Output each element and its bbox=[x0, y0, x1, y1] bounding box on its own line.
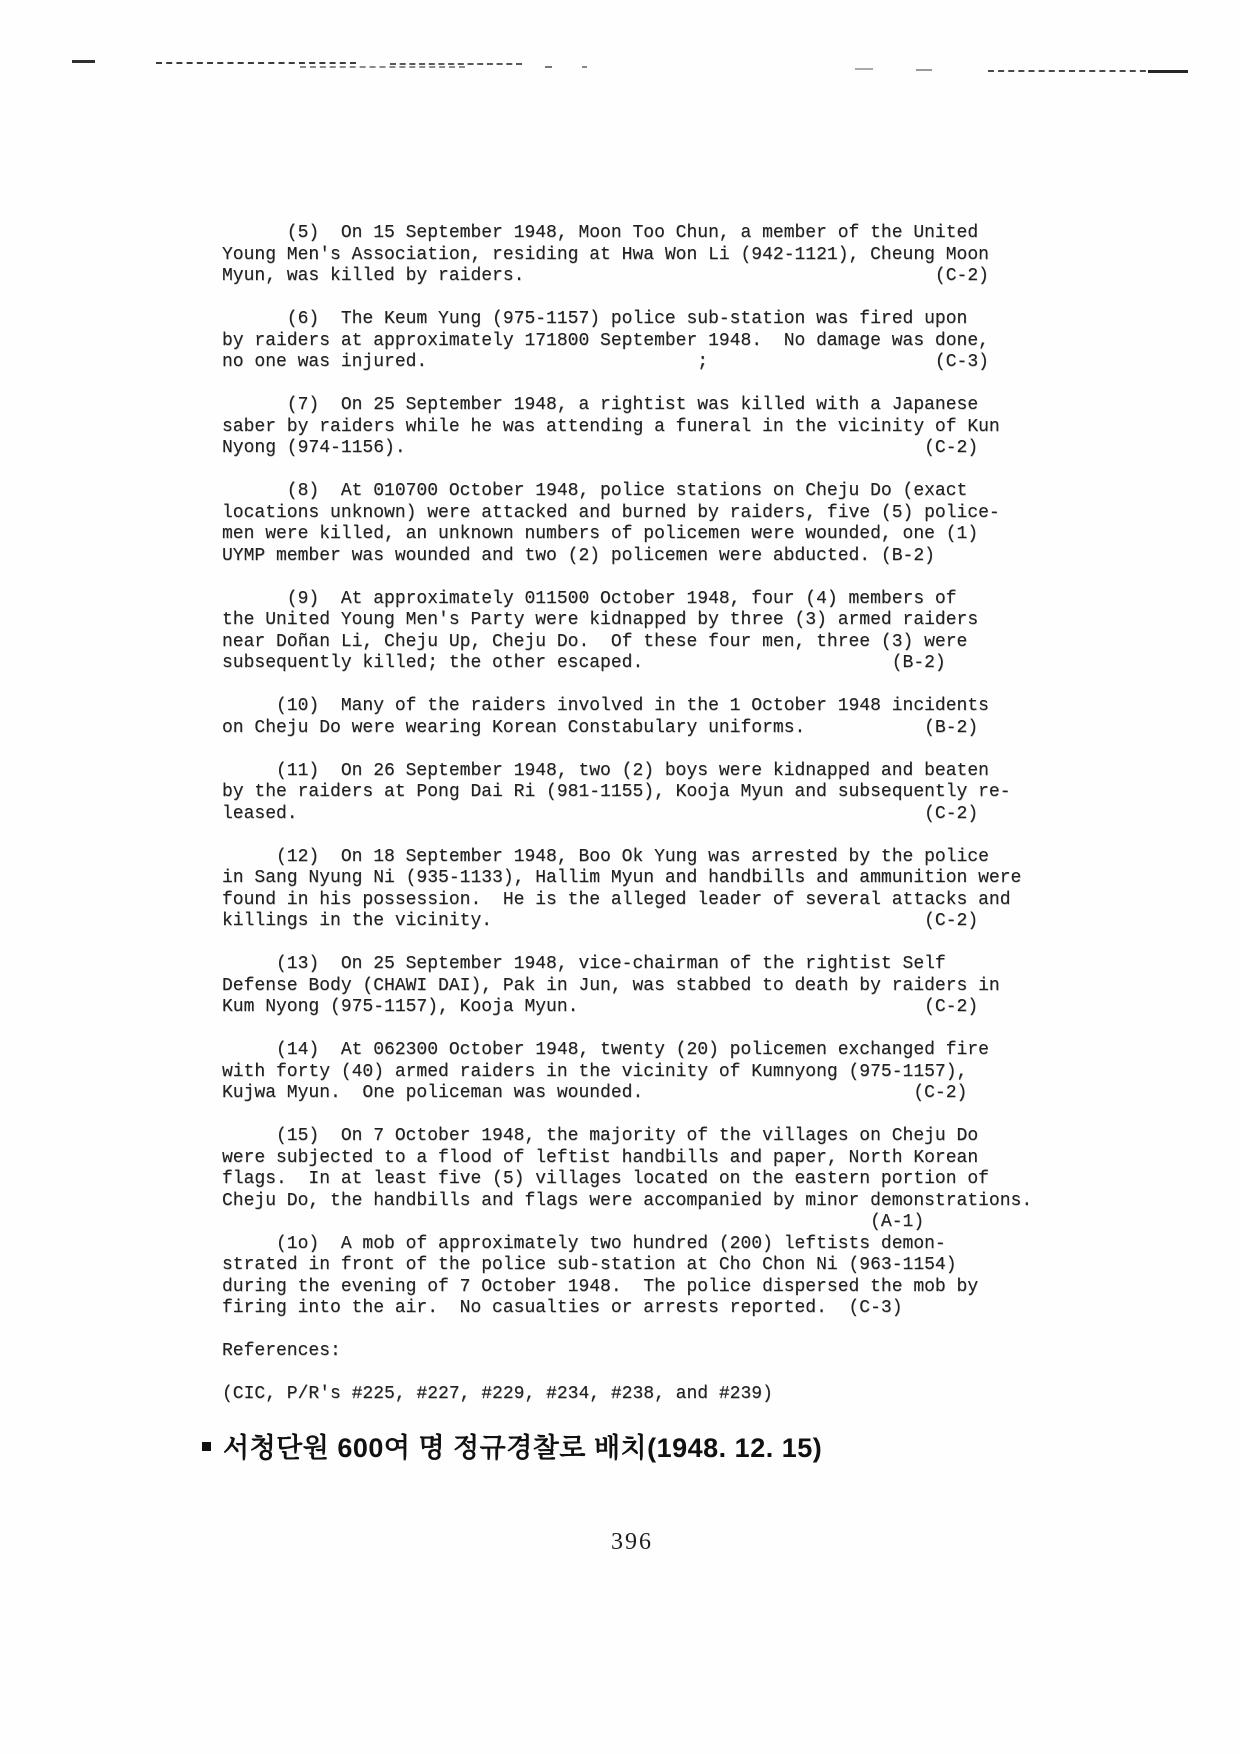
report-paragraph: (5) On 15 September 1948, Moon Too Chun,… bbox=[222, 223, 1082, 288]
scanned-document-page: (5) On 15 September 1948, Moon Too Chun,… bbox=[0, 0, 1240, 1754]
text-line: (15) On 7 October 1948, the majority of … bbox=[222, 1126, 1082, 1148]
text-line: found in his possession. He is the alleg… bbox=[222, 890, 1082, 912]
scan-artifact-line bbox=[988, 70, 1156, 72]
text-line: leased. (C-2) bbox=[222, 804, 1082, 826]
report-paragraph: (1o) A mob of approximately two hundred … bbox=[222, 1234, 1082, 1320]
scan-artifact-line bbox=[582, 66, 587, 68]
report-paragraph: (10) Many of the raiders involved in the… bbox=[222, 696, 1082, 739]
text-line: (14) At 062300 October 1948, twenty (20)… bbox=[222, 1040, 1082, 1062]
text-line: Defense Body (CHAWI DAI), Pak in Jun, wa… bbox=[222, 976, 1082, 998]
text-line: men were killed, an unknown numbers of p… bbox=[222, 524, 1082, 546]
text-line: (5) On 15 September 1948, Moon Too Chun,… bbox=[222, 223, 1082, 245]
report-paragraph: (12) On 18 September 1948, Boo Ok Yung w… bbox=[222, 847, 1082, 933]
text-line: (8) At 010700 October 1948, police stati… bbox=[222, 481, 1082, 503]
report-paragraphs: (5) On 15 September 1948, Moon Too Chun,… bbox=[222, 223, 1082, 1427]
text-line: References: bbox=[222, 1341, 1082, 1363]
text-line: Kujwa Myun. One policeman was wounded. (… bbox=[222, 1083, 1082, 1105]
text-line: Myun, was killed by raiders. (C-2) bbox=[222, 266, 1082, 288]
text-line: saber by raiders while he was attending … bbox=[222, 417, 1082, 439]
scan-artifact-line bbox=[390, 63, 522, 65]
report-paragraph: (15) On 7 October 1948, the majority of … bbox=[222, 1126, 1082, 1234]
text-line: during the evening of 7 October 1948. Th… bbox=[222, 1277, 1082, 1299]
text-line: by raiders at approximately 171800 Septe… bbox=[222, 331, 1082, 353]
scan-artifact-line bbox=[916, 69, 932, 71]
report-paragraph: (9) At approximately 011500 October 1948… bbox=[222, 589, 1082, 675]
text-line: Young Men's Association, residing at Hwa… bbox=[222, 245, 1082, 267]
text-line: Cheju Do, the handbills and flags were a… bbox=[222, 1191, 1082, 1213]
text-line: the United Young Men's Party were kidnap… bbox=[222, 610, 1082, 632]
text-line: by the raiders at Pong Dai Ri (981-1155)… bbox=[222, 782, 1082, 804]
text-line: (7) On 25 September 1948, a rightist was… bbox=[222, 395, 1082, 417]
scan-artifact-line bbox=[545, 66, 552, 68]
report-paragraph: (CIC, P/R's #225, #227, #229, #234, #238… bbox=[222, 1384, 1082, 1406]
text-line: (13) On 25 September 1948, vice-chairman… bbox=[222, 954, 1082, 976]
scan-artifact-line bbox=[300, 66, 465, 68]
text-line: Nyong (974-1156). (C-2) bbox=[222, 438, 1082, 460]
report-paragraph: (11) On 26 September 1948, two (2) boys … bbox=[222, 761, 1082, 826]
text-line: subsequently killed; the other escaped. … bbox=[222, 653, 1082, 675]
text-line: near Doñan Li, Cheju Up, Cheju Do. Of th… bbox=[222, 632, 1082, 654]
text-line: no one was injured. ; (C-3) bbox=[222, 352, 1082, 374]
scan-artifact-line bbox=[855, 68, 873, 70]
page-number: 396 bbox=[611, 1529, 653, 1556]
scan-artifact-line bbox=[72, 60, 95, 63]
report-paragraph: (13) On 25 September 1948, vice-chairman… bbox=[222, 954, 1082, 1019]
text-line: firing into the air. No casualties or ar… bbox=[222, 1298, 1082, 1320]
text-line: killings in the vicinity. (C-2) bbox=[222, 911, 1082, 933]
text-line: strated in front of the police sub-stati… bbox=[222, 1255, 1082, 1277]
scan-artifact-line bbox=[156, 62, 356, 64]
text-line: (1o) A mob of approximately two hundred … bbox=[222, 1234, 1082, 1256]
text-line: UYMP member was wounded and two (2) poli… bbox=[222, 546, 1082, 568]
report-paragraph: (8) At 010700 October 1948, police stati… bbox=[222, 481, 1082, 567]
text-line: (A-1) bbox=[222, 1212, 1082, 1234]
korean-annotation: 서청단원 600여 명 정규경찰로 배치(1948. 12. 15) bbox=[202, 1426, 822, 1465]
text-line: with forty (40) armed raiders in the vic… bbox=[222, 1062, 1082, 1084]
text-line: (9) At approximately 011500 October 1948… bbox=[222, 589, 1082, 611]
report-paragraph: (14) At 062300 October 1948, twenty (20)… bbox=[222, 1040, 1082, 1105]
report-paragraph: (6) The Keum Yung (975-1157) police sub-… bbox=[222, 309, 1082, 374]
text-line: on Cheju Do were wearing Korean Constabu… bbox=[222, 718, 1082, 740]
text-line: were subjected to a flood of leftist han… bbox=[222, 1148, 1082, 1170]
korean-annotation-text: 서청단원 600여 명 정규경찰로 배치(1948. 12. 15) bbox=[223, 1433, 822, 1463]
scan-artifact-line bbox=[1148, 70, 1188, 73]
text-line: in Sang Nyung Ni (935-1133), Hallim Myun… bbox=[222, 868, 1082, 890]
report-paragraph: (7) On 25 September 1948, a rightist was… bbox=[222, 395, 1082, 460]
text-line: (12) On 18 September 1948, Boo Ok Yung w… bbox=[222, 847, 1082, 869]
text-line: (11) On 26 September 1948, two (2) boys … bbox=[222, 761, 1082, 783]
text-line: locations unknown) were attacked and bur… bbox=[222, 503, 1082, 525]
bullet-square-icon bbox=[202, 1442, 211, 1451]
report-paragraph: References: bbox=[222, 1341, 1082, 1363]
text-line: flags. In at least five (5) villages loc… bbox=[222, 1169, 1082, 1191]
text-line: Kum Nyong (975-1157), Kooja Myun. (C-2) bbox=[222, 997, 1082, 1019]
text-line: (6) The Keum Yung (975-1157) police sub-… bbox=[222, 309, 1082, 331]
text-line: (CIC, P/R's #225, #227, #229, #234, #238… bbox=[222, 1384, 1082, 1406]
text-line: (10) Many of the raiders involved in the… bbox=[222, 696, 1082, 718]
